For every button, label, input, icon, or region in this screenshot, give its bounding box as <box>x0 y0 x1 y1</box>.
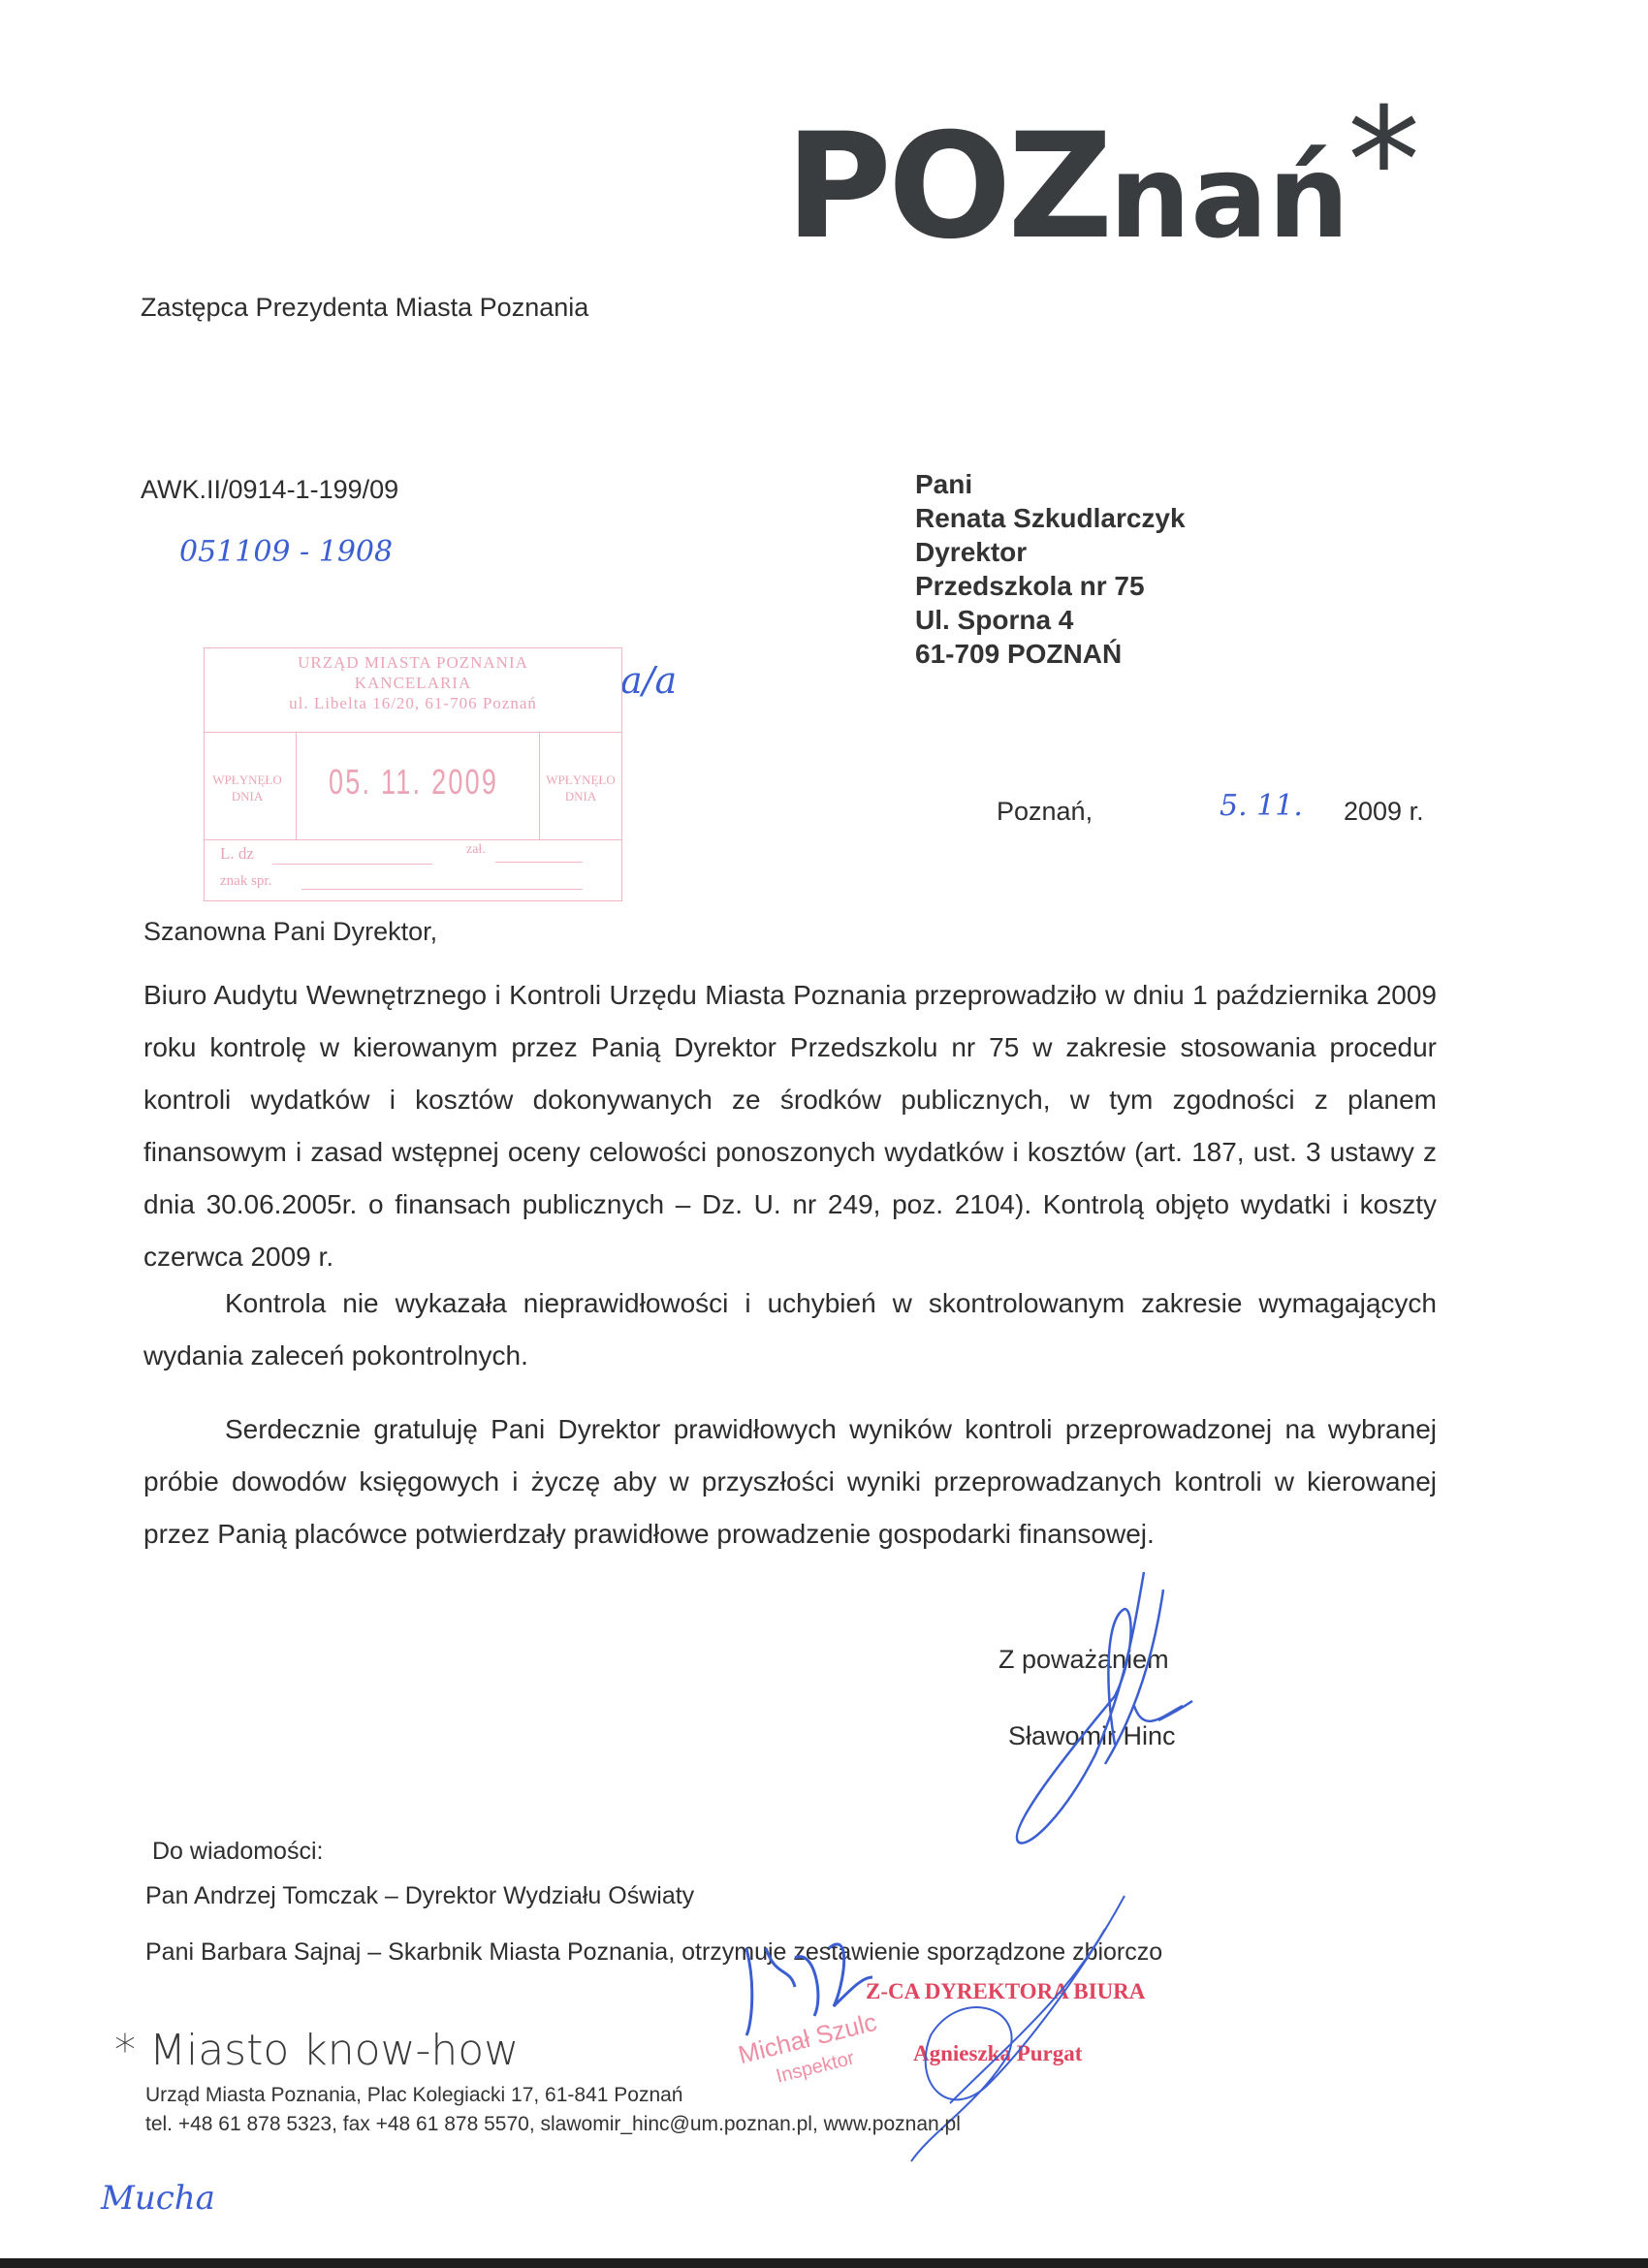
footer-contact: tel. +48 61 878 5323, fax +48 61 878 557… <box>145 2113 961 2136</box>
sender-title: Zastępca Prezydenta Miasta Poznania <box>141 293 588 323</box>
date-year: 2009 r. <box>1344 797 1424 827</box>
signature-hinc-icon <box>989 1570 1221 1861</box>
recipient-line: Przedszkola nr 75 <box>915 569 1186 603</box>
footer-brand: * Miasto know-how <box>114 2026 519 2075</box>
handwritten-registry-number: 051109 - 1908 <box>179 535 393 569</box>
reference-number: AWK.II/0914-1-199/09 <box>141 475 398 505</box>
recipient-line: Renata Szkudlarczyk <box>915 501 1186 535</box>
paragraph-1: Biuro Audytu Wewnętrznego i Kontroli Urz… <box>143 969 1437 1283</box>
paragraph-2: Kontrola nie wykazała nieprawidłowości i… <box>143 1277 1437 1382</box>
stamp-received-date: 05. 11. 2009 <box>329 762 498 803</box>
cc-item: Pan Andrzej Tomczak – Dyrektor Wydziału … <box>145 1882 694 1910</box>
recipient-line: Dyrektor <box>915 535 1186 569</box>
stamp-line2: KANCELARIA <box>205 673 621 693</box>
stamp-field-l-dz: L. dz <box>220 844 254 864</box>
cc-label: Do wiadomości: <box>152 1838 323 1866</box>
scan-edge <box>0 2258 1648 2268</box>
paragraph-3: Serdecznie gratuluję Pani Dyrektor prawi… <box>143 1403 1437 1560</box>
stamp-line1: URZĄD MIASTA POZNANIA <box>205 652 621 673</box>
salutation: Szanowna Pani Dyrektor, <box>143 917 437 947</box>
stamp-received-label-left: WPŁYNĘŁO DNIA <box>208 772 286 804</box>
handwritten-initials: Mucha <box>101 2179 215 2218</box>
logo-star-icon: * <box>1347 89 1420 235</box>
stamp-received-label-right: WPŁYNĘŁO DNIA <box>544 772 618 804</box>
handwritten-date: 5. 11. <box>1220 789 1303 823</box>
logo-lower: nań <box>1109 130 1349 264</box>
date-place: Poznań, <box>997 797 1093 827</box>
recipient-line: Ul. Sporna 4 <box>915 603 1186 637</box>
handwritten-note: a/a <box>620 659 677 702</box>
poznan-logo: POZnań <box>785 114 1349 260</box>
logo-upper: POZ <box>785 103 1109 271</box>
stamp-field-zal: zał. <box>466 842 486 858</box>
recipient-line: Pani <box>915 467 1186 501</box>
registry-stamp: URZĄD MIASTA POZNANIA KANCELARIA ul. Lib… <box>204 647 622 901</box>
footer-address: Urząd Miasta Poznania, Plac Kolegiacki 1… <box>145 2084 683 2107</box>
stamp-line3: ul. Libelta 16/20, 61-706 Poznań <box>205 693 621 713</box>
recipient-line: 61-709 POZNAŃ <box>915 637 1186 671</box>
stamp-field-znak: znak spr. <box>220 873 271 890</box>
recipient-address: Pani Renata Szkudlarczyk Dyrektor Przeds… <box>915 467 1186 671</box>
footer-star-icon: * <box>114 2026 136 2075</box>
footer-brand-text: Miasto know-how <box>149 2026 519 2075</box>
